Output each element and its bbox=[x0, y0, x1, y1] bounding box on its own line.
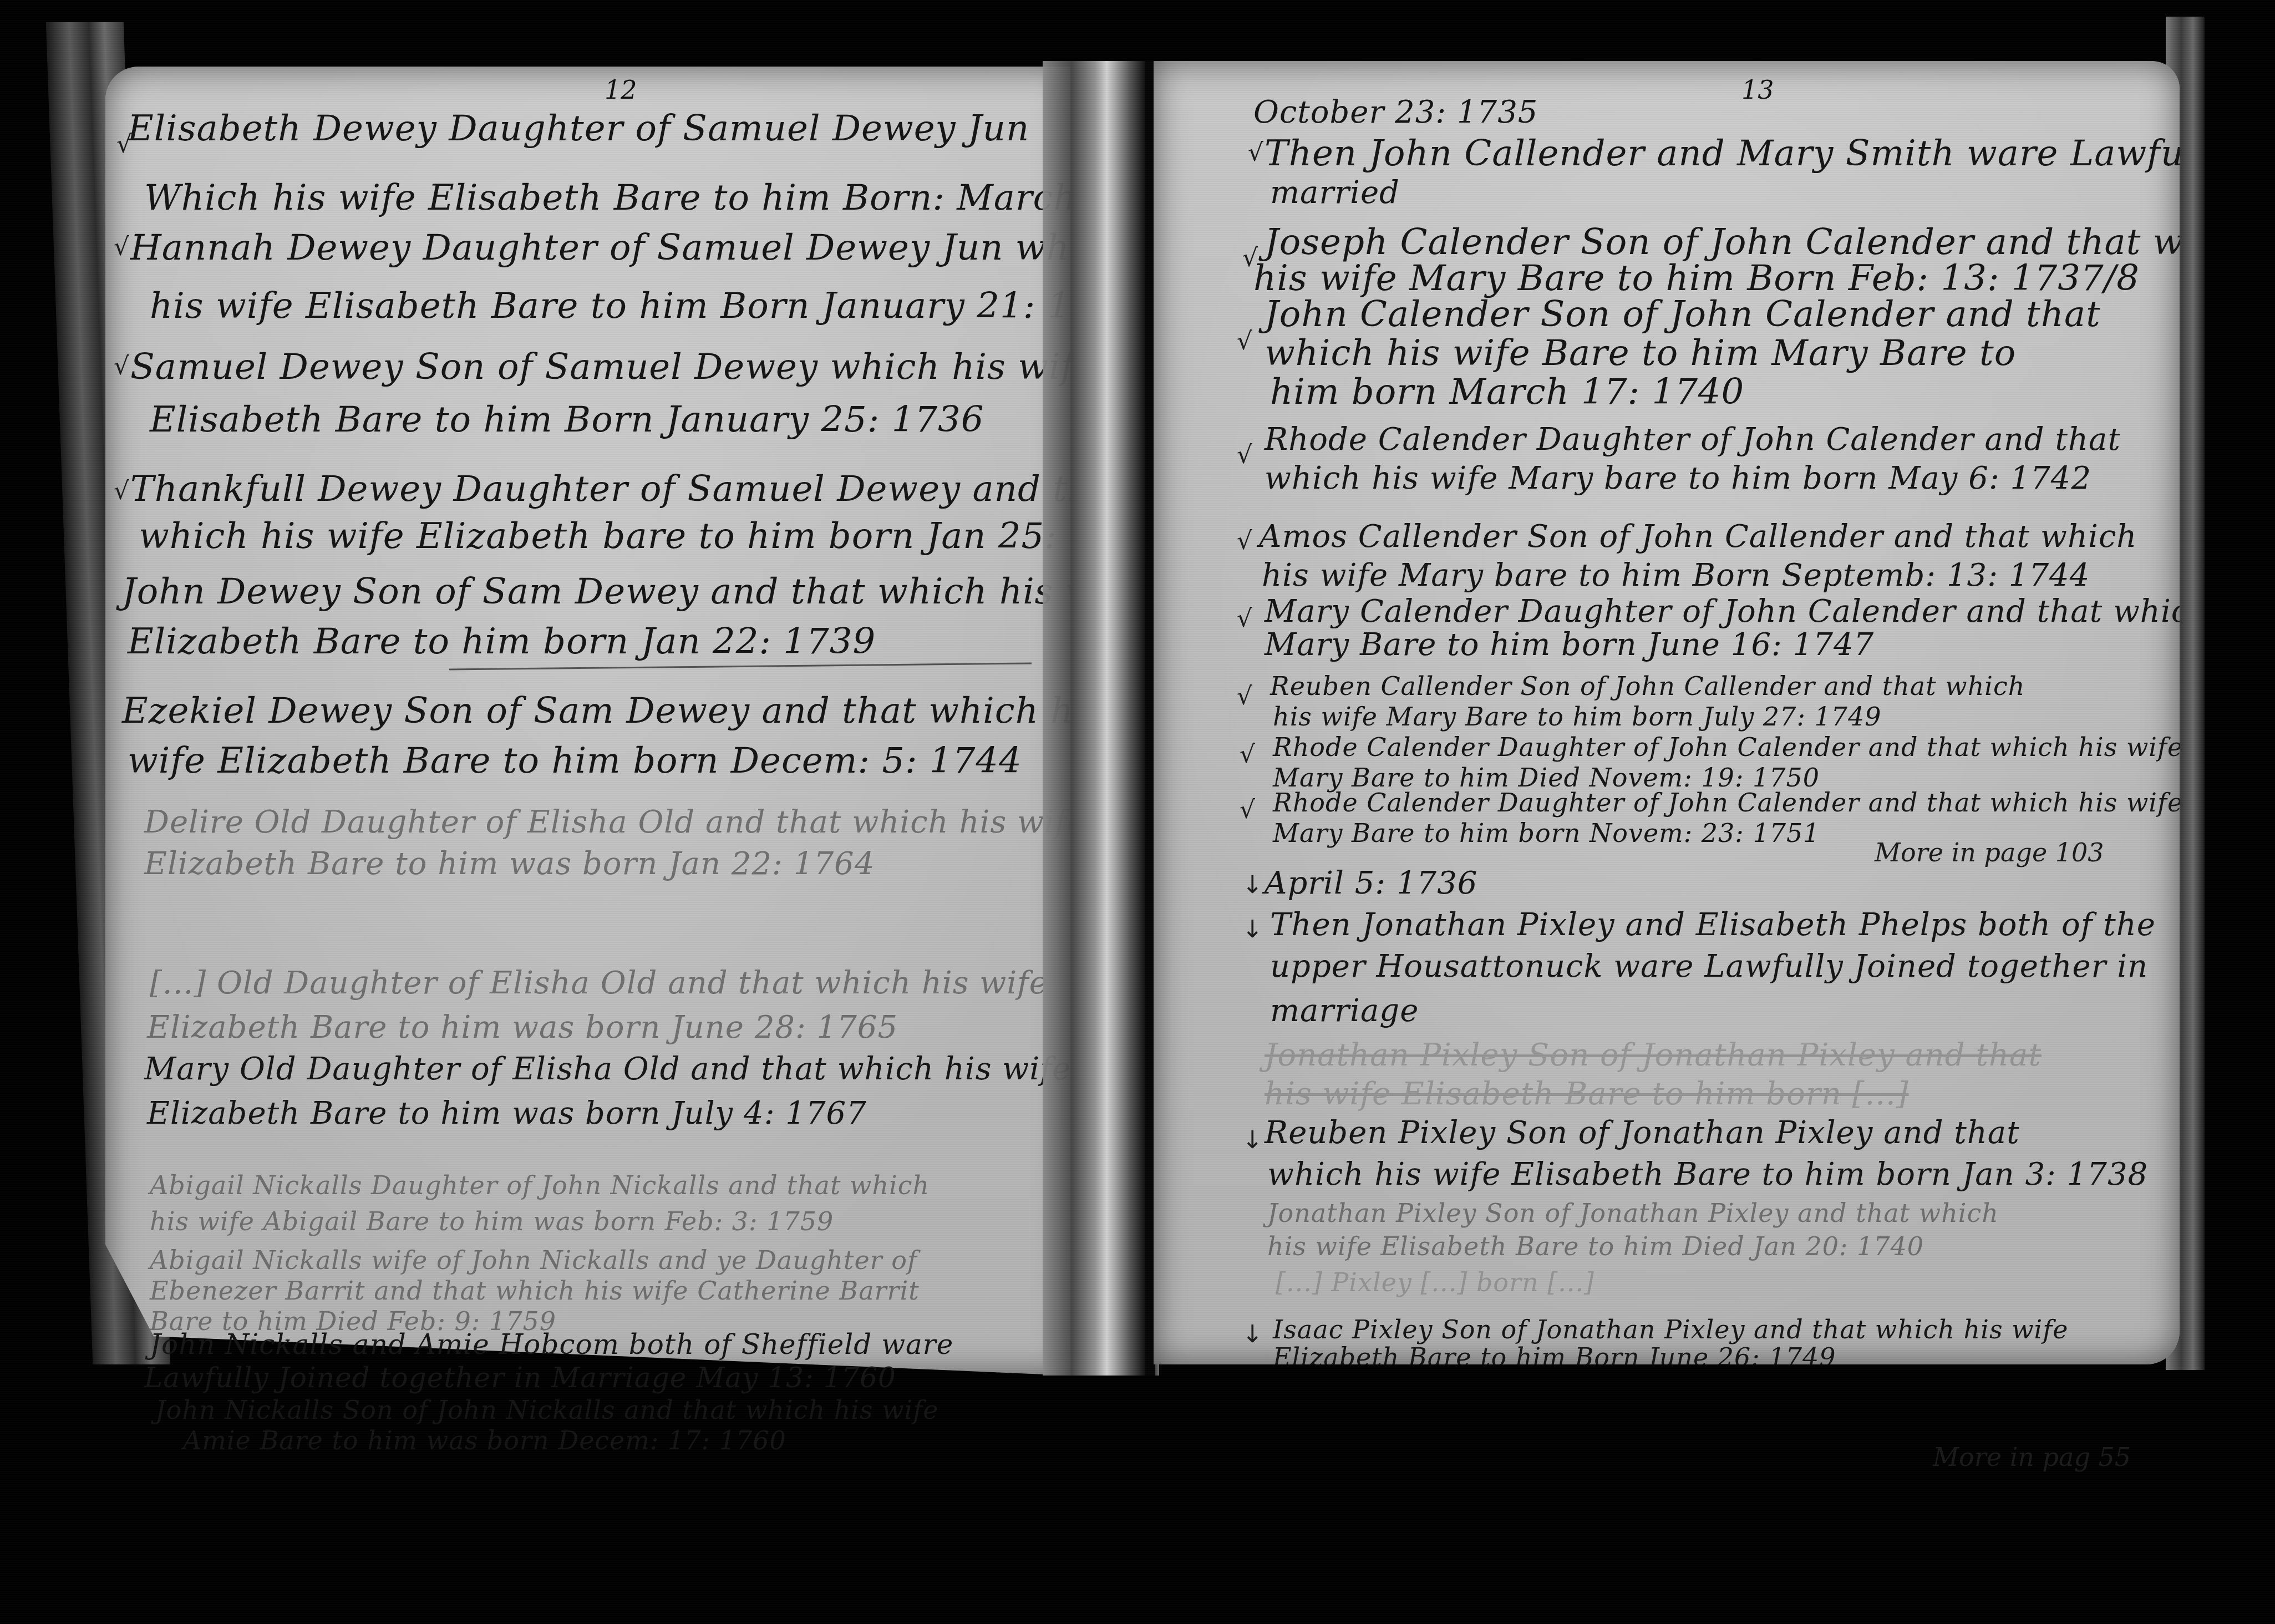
entry-line: wife Elizabeth Bare to him born Decem: 5… bbox=[128, 740, 1022, 781]
arrow-mark-icon: ↓ bbox=[1242, 915, 1263, 943]
entry-line: Elizabeth Bare to him was born June 28: … bbox=[147, 1009, 898, 1046]
book-gutter-tape bbox=[1043, 61, 1159, 1376]
margin-note-see-page: More in page 103 bbox=[1875, 838, 2104, 867]
entry-line: Mary Old Daughter of Elisha Old and that… bbox=[144, 1051, 1070, 1087]
page-number-left: 12 bbox=[605, 75, 637, 105]
check-mark-icon: √ bbox=[1237, 327, 1252, 356]
entry-line: his wife Mary Bare to him born July 27: … bbox=[1273, 702, 1882, 732]
entry-line: Elisabeth Bare to him Born January 25: 1… bbox=[150, 399, 984, 440]
check-mark-icon: √ bbox=[114, 477, 129, 505]
illegible-entry-line: [...] Pixley [...] born [...] bbox=[1276, 1267, 1594, 1297]
entry-line: which his wife Bare to him Mary Bare to bbox=[1265, 333, 2016, 374]
entry-line: Ezekiel Dewey Son of Sam Dewey and that … bbox=[122, 691, 1070, 732]
crossed-out-entry-line: his wife Elisabeth Bare to him born [...… bbox=[1265, 1076, 1909, 1112]
entry-line: Hannah Dewey Daughter of Samuel Dewey Ju… bbox=[130, 227, 1070, 268]
entry-line: Mary Calender Daughter of John Calender … bbox=[1265, 593, 2180, 630]
right-page: 13 October 23: 1735 √ Then John Callende… bbox=[1154, 61, 2180, 1364]
check-mark-icon: √ bbox=[114, 233, 129, 261]
entry-line: Amos Callender Son of John Callender and… bbox=[1259, 519, 2137, 555]
entry-line: Thankfull Dewey Daughter of Samuel Dewey… bbox=[130, 469, 1070, 510]
page-number-right: 13 bbox=[1741, 75, 1774, 105]
entry-line: Amie Bare to him was born Decem: 17: 176… bbox=[183, 1425, 786, 1455]
arrow-mark-icon: ↓ bbox=[1242, 1126, 1263, 1154]
entry-line: his wife Abigail Bare to him was born Fe… bbox=[150, 1206, 834, 1236]
entry-line: upper Housattonuck ware Lawfully Joined … bbox=[1270, 948, 2148, 984]
entry-line: Rhode Calender Daughter of John Calender… bbox=[1273, 732, 2180, 762]
entry-line: Delire Old Daughter of Elisha Old and th… bbox=[144, 804, 1070, 840]
entry-line: married bbox=[1270, 175, 1400, 211]
check-mark-icon: √ bbox=[1240, 796, 1255, 824]
entry-date-heading: April 5: 1736 bbox=[1265, 865, 1478, 901]
entry-line: his wife Mary Bare to him Born Feb: 13: … bbox=[1253, 258, 2140, 299]
entry-line: Joseph Calender Son of John Calender and… bbox=[1265, 222, 2180, 263]
arrow-mark-icon: ↓ bbox=[1242, 1320, 1263, 1348]
entry-line: John Nickalls and Amie Hobcom both of Sh… bbox=[150, 1328, 953, 1361]
entry-line: Jonathan Pixley Son of Jonathan Pixley a… bbox=[1267, 1198, 1999, 1228]
entry-line: John Nickalls Son of John Nickalls and t… bbox=[155, 1395, 939, 1425]
entry-line: Samuel Dewey Son of Samuel Dewey which h… bbox=[130, 347, 1070, 388]
check-mark-icon: √ bbox=[1237, 682, 1252, 710]
entry-line: his wife Elisabeth Bare to him Born Janu… bbox=[150, 286, 1070, 327]
entry-line: which his wife Mary bare to him born May… bbox=[1265, 460, 2091, 496]
entry-line: Elizabeth Bare to him Born June 26: 1749 bbox=[1273, 1342, 1836, 1364]
entry-line: [...] Old Daughter of Elisha Old and tha… bbox=[150, 965, 1048, 1001]
entry-line: Mary Bare to him born Novem: 23: 1751 bbox=[1273, 818, 1820, 848]
entry-line: Abigail Nickalls Daughter of John Nickal… bbox=[150, 1170, 930, 1200]
entry-line: marriage bbox=[1270, 993, 1419, 1029]
entry-line: Elizabeth Bare to him was born Jan 22: 1… bbox=[144, 846, 875, 882]
entry-line: John Dewey Son of Sam Dewey and that whi… bbox=[122, 571, 1070, 612]
entry-line: Rhode Calender Daughter of John Calender… bbox=[1265, 422, 2121, 458]
check-mark-icon: √ bbox=[1237, 605, 1252, 633]
entry-line: his wife Elisabeth Bare to him Died Jan … bbox=[1267, 1231, 1924, 1261]
entry-line: John Calender Son of John Calender and t… bbox=[1265, 294, 2101, 335]
entry-line: Lawfully Joined together in Marriage May… bbox=[144, 1362, 896, 1394]
entry-line: Reuben Callender Son of John Callender a… bbox=[1270, 671, 2025, 701]
check-mark-icon: √ bbox=[1240, 740, 1255, 769]
left-page: 12 √ Elisabeth Dewey Daughter of Samuel … bbox=[105, 67, 1070, 1376]
entry-line: Elizabeth Bare to him was born July 4: 1… bbox=[147, 1095, 867, 1131]
entry-divider-line bbox=[449, 663, 1032, 671]
entry-line: Which his wife Elisabeth Bare to him Bor… bbox=[144, 177, 1070, 219]
check-mark-icon: √ bbox=[114, 352, 129, 380]
entry-line: Elisabeth Dewey Daughter of Samuel Dewey… bbox=[128, 108, 1029, 149]
entry-line: Isaac Pixley Son of Jonathan Pixley and … bbox=[1273, 1315, 2068, 1344]
entry-line: which his wife Elizabeth bare to him bor… bbox=[139, 516, 1070, 557]
entry-line: Reuben Pixley Son of Jonathan Pixley and… bbox=[1265, 1115, 2020, 1151]
entry-line: Then John Callender and Mary Smith ware … bbox=[1265, 133, 2180, 174]
entry-date-heading: October 23: 1735 bbox=[1253, 94, 1538, 130]
margin-note-see-page: More in pag 55 bbox=[1933, 1442, 2131, 1472]
check-mark-icon: √ bbox=[1237, 441, 1252, 469]
entry-line: Mary Bare to him born June 16: 1747 bbox=[1265, 627, 1874, 663]
entry-line: him born March 17: 1740 bbox=[1270, 372, 1744, 413]
entry-line: Rhode Calender Daughter of John Calender… bbox=[1273, 788, 2180, 818]
entry-line: Ebenezer Barrit and that which his wife … bbox=[150, 1276, 920, 1306]
entry-line: which his wife Elisabeth Bare to him bor… bbox=[1267, 1156, 2148, 1192]
scanned-book-spread: 12 √ Elisabeth Dewey Daughter of Samuel … bbox=[0, 0, 2275, 1624]
entry-line: Elizabeth Bare to him born Jan 22: 1739 bbox=[128, 621, 876, 662]
arrow-mark-icon: ↓ bbox=[1242, 871, 1263, 899]
check-mark-icon: √ bbox=[1248, 139, 1263, 167]
entry-line: his wife Mary bare to him Born Septemb: … bbox=[1262, 557, 2090, 593]
entry-line: Then Jonathan Pixley and Elisabeth Phelp… bbox=[1270, 907, 2156, 943]
crossed-out-entry-line: Jonathan Pixley Son of Jonathan Pixley a… bbox=[1265, 1037, 2042, 1073]
check-mark-icon: √ bbox=[1237, 527, 1252, 555]
entry-line: Abigail Nickalls wife of John Nickalls a… bbox=[150, 1245, 917, 1275]
